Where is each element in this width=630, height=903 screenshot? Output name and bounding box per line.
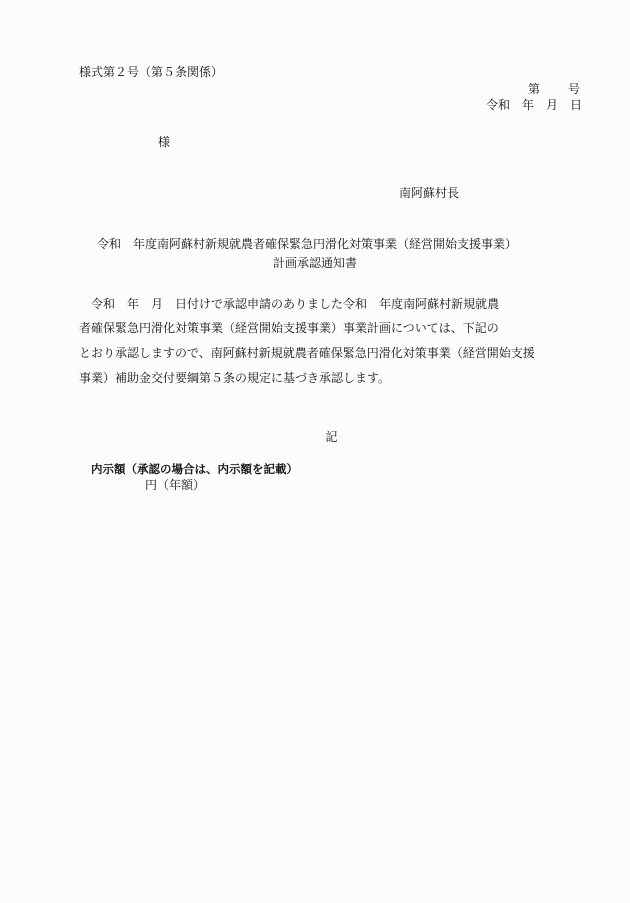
body-month: 月 [151, 297, 163, 311]
title-era: 令和 [97, 237, 121, 251]
body-line-2: 者確保緊急円滑化対策事業（経営開始支援事業）事業計画については、下記の [79, 322, 499, 334]
date-era: 令和 [486, 98, 510, 112]
title-rest: 年度南阿蘇村新規就農者確保緊急円滑化対策事業（経営開始支援事業） [133, 237, 517, 251]
addressee: 様 [158, 136, 170, 148]
sender: 南阿蘇村長 [399, 187, 459, 199]
date-day-unit: 日 [570, 98, 582, 112]
date-year-unit: 年 [522, 98, 534, 112]
document-title-line2: 計画承認通知書 [0, 257, 630, 269]
amount-value: 円（年額） [145, 479, 205, 491]
ki-heading: 記 [0, 431, 630, 443]
amount-label: 内示額（承認の場合は、内示額を記載） [91, 464, 298, 476]
document-number-prefix: 第 [528, 82, 540, 96]
body-line1-text-b: 年度南阿蘇村新規就農 [379, 297, 499, 311]
document-date: 令和年月日 [486, 99, 582, 111]
date-month-unit: 月 [546, 98, 558, 112]
body-line-4: 事業）補助金交付要綱第５条の規定に基づき承認します。 [79, 372, 390, 384]
body-line1-text-a: 日付けで承認申請のありました令和 [175, 297, 367, 311]
document-number: 第号 [528, 83, 580, 95]
body-line-3: とおり承認しますので、南阿蘇村新規就農者確保緊急円滑化対策事業（経営開始支援 [79, 347, 535, 359]
body-era: 令和 [91, 297, 115, 311]
body-line-1: 令和年月日付けで承認申請のありました令和年度南阿蘇村新規就農 [79, 298, 499, 310]
document-number-suffix: 号 [568, 82, 580, 96]
body-year: 年 [127, 297, 139, 311]
document-title-line1: 令和年度南阿蘇村新規就農者確保緊急円滑化対策事業（経営開始支援事業） [97, 238, 517, 250]
form-number: 様式第２号（第５条関係） [79, 66, 223, 78]
